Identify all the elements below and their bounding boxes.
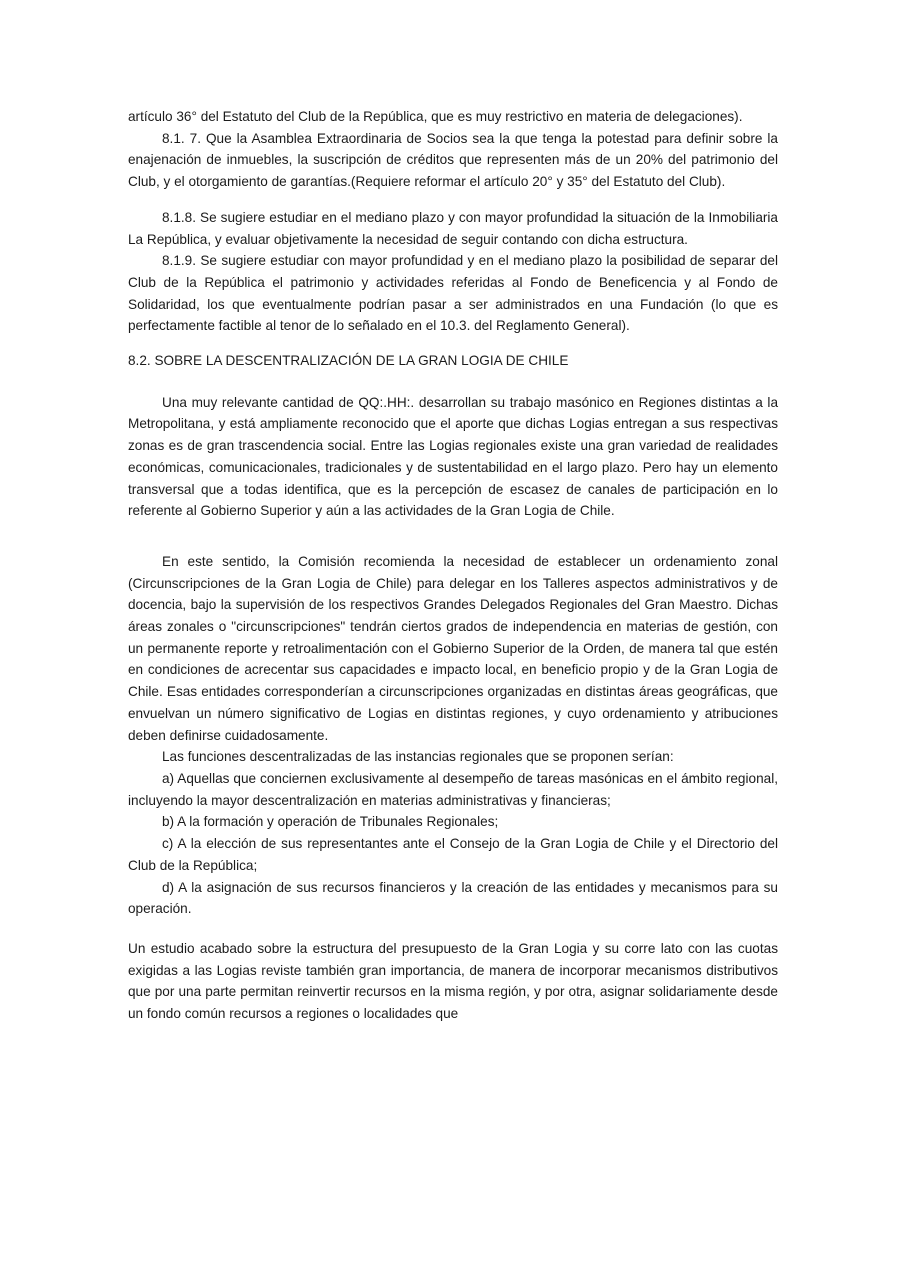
list-item-d: d) A la asignación de sus recursos finan… xyxy=(128,877,778,920)
list-item-b: b) A la formación y operación de Tribuna… xyxy=(128,811,778,833)
paragraph-funciones-intro: Las funciones descentralizadas de las in… xyxy=(128,746,778,768)
paragraph-8-1-7: 8.1. 7. Que la Asamblea Extraordinaria d… xyxy=(128,128,778,193)
document-page: artículo 36° del Estatuto del Club de la… xyxy=(0,0,905,1280)
list-item-a: a) Aquellas que conciernen exclusivament… xyxy=(128,768,778,811)
paragraph-continuation: artículo 36° del Estatuto del Club de la… xyxy=(128,106,778,128)
paragraph-regiones: Una muy relevante cantidad de QQ:.HH:. d… xyxy=(128,392,778,522)
document-body: artículo 36° del Estatuto del Club de la… xyxy=(128,106,778,1025)
section-heading-8-2: 8.2. SOBRE LA DESCENTRALIZACIÓN DE LA GR… xyxy=(128,350,778,372)
paragraph-8-1-9: 8.1.9. Se sugiere estudiar con mayor pro… xyxy=(128,250,778,337)
list-item-c: c) A la elección de sus representantes a… xyxy=(128,833,778,876)
paragraph-presupuesto: Un estudio acabado sobre la estructura d… xyxy=(128,938,778,1025)
paragraph-8-1-8: 8.1.8. Se sugiere estudiar en el mediano… xyxy=(128,207,778,250)
paragraph-circunscripciones: En este sentido, la Comisión recomienda … xyxy=(128,551,778,746)
